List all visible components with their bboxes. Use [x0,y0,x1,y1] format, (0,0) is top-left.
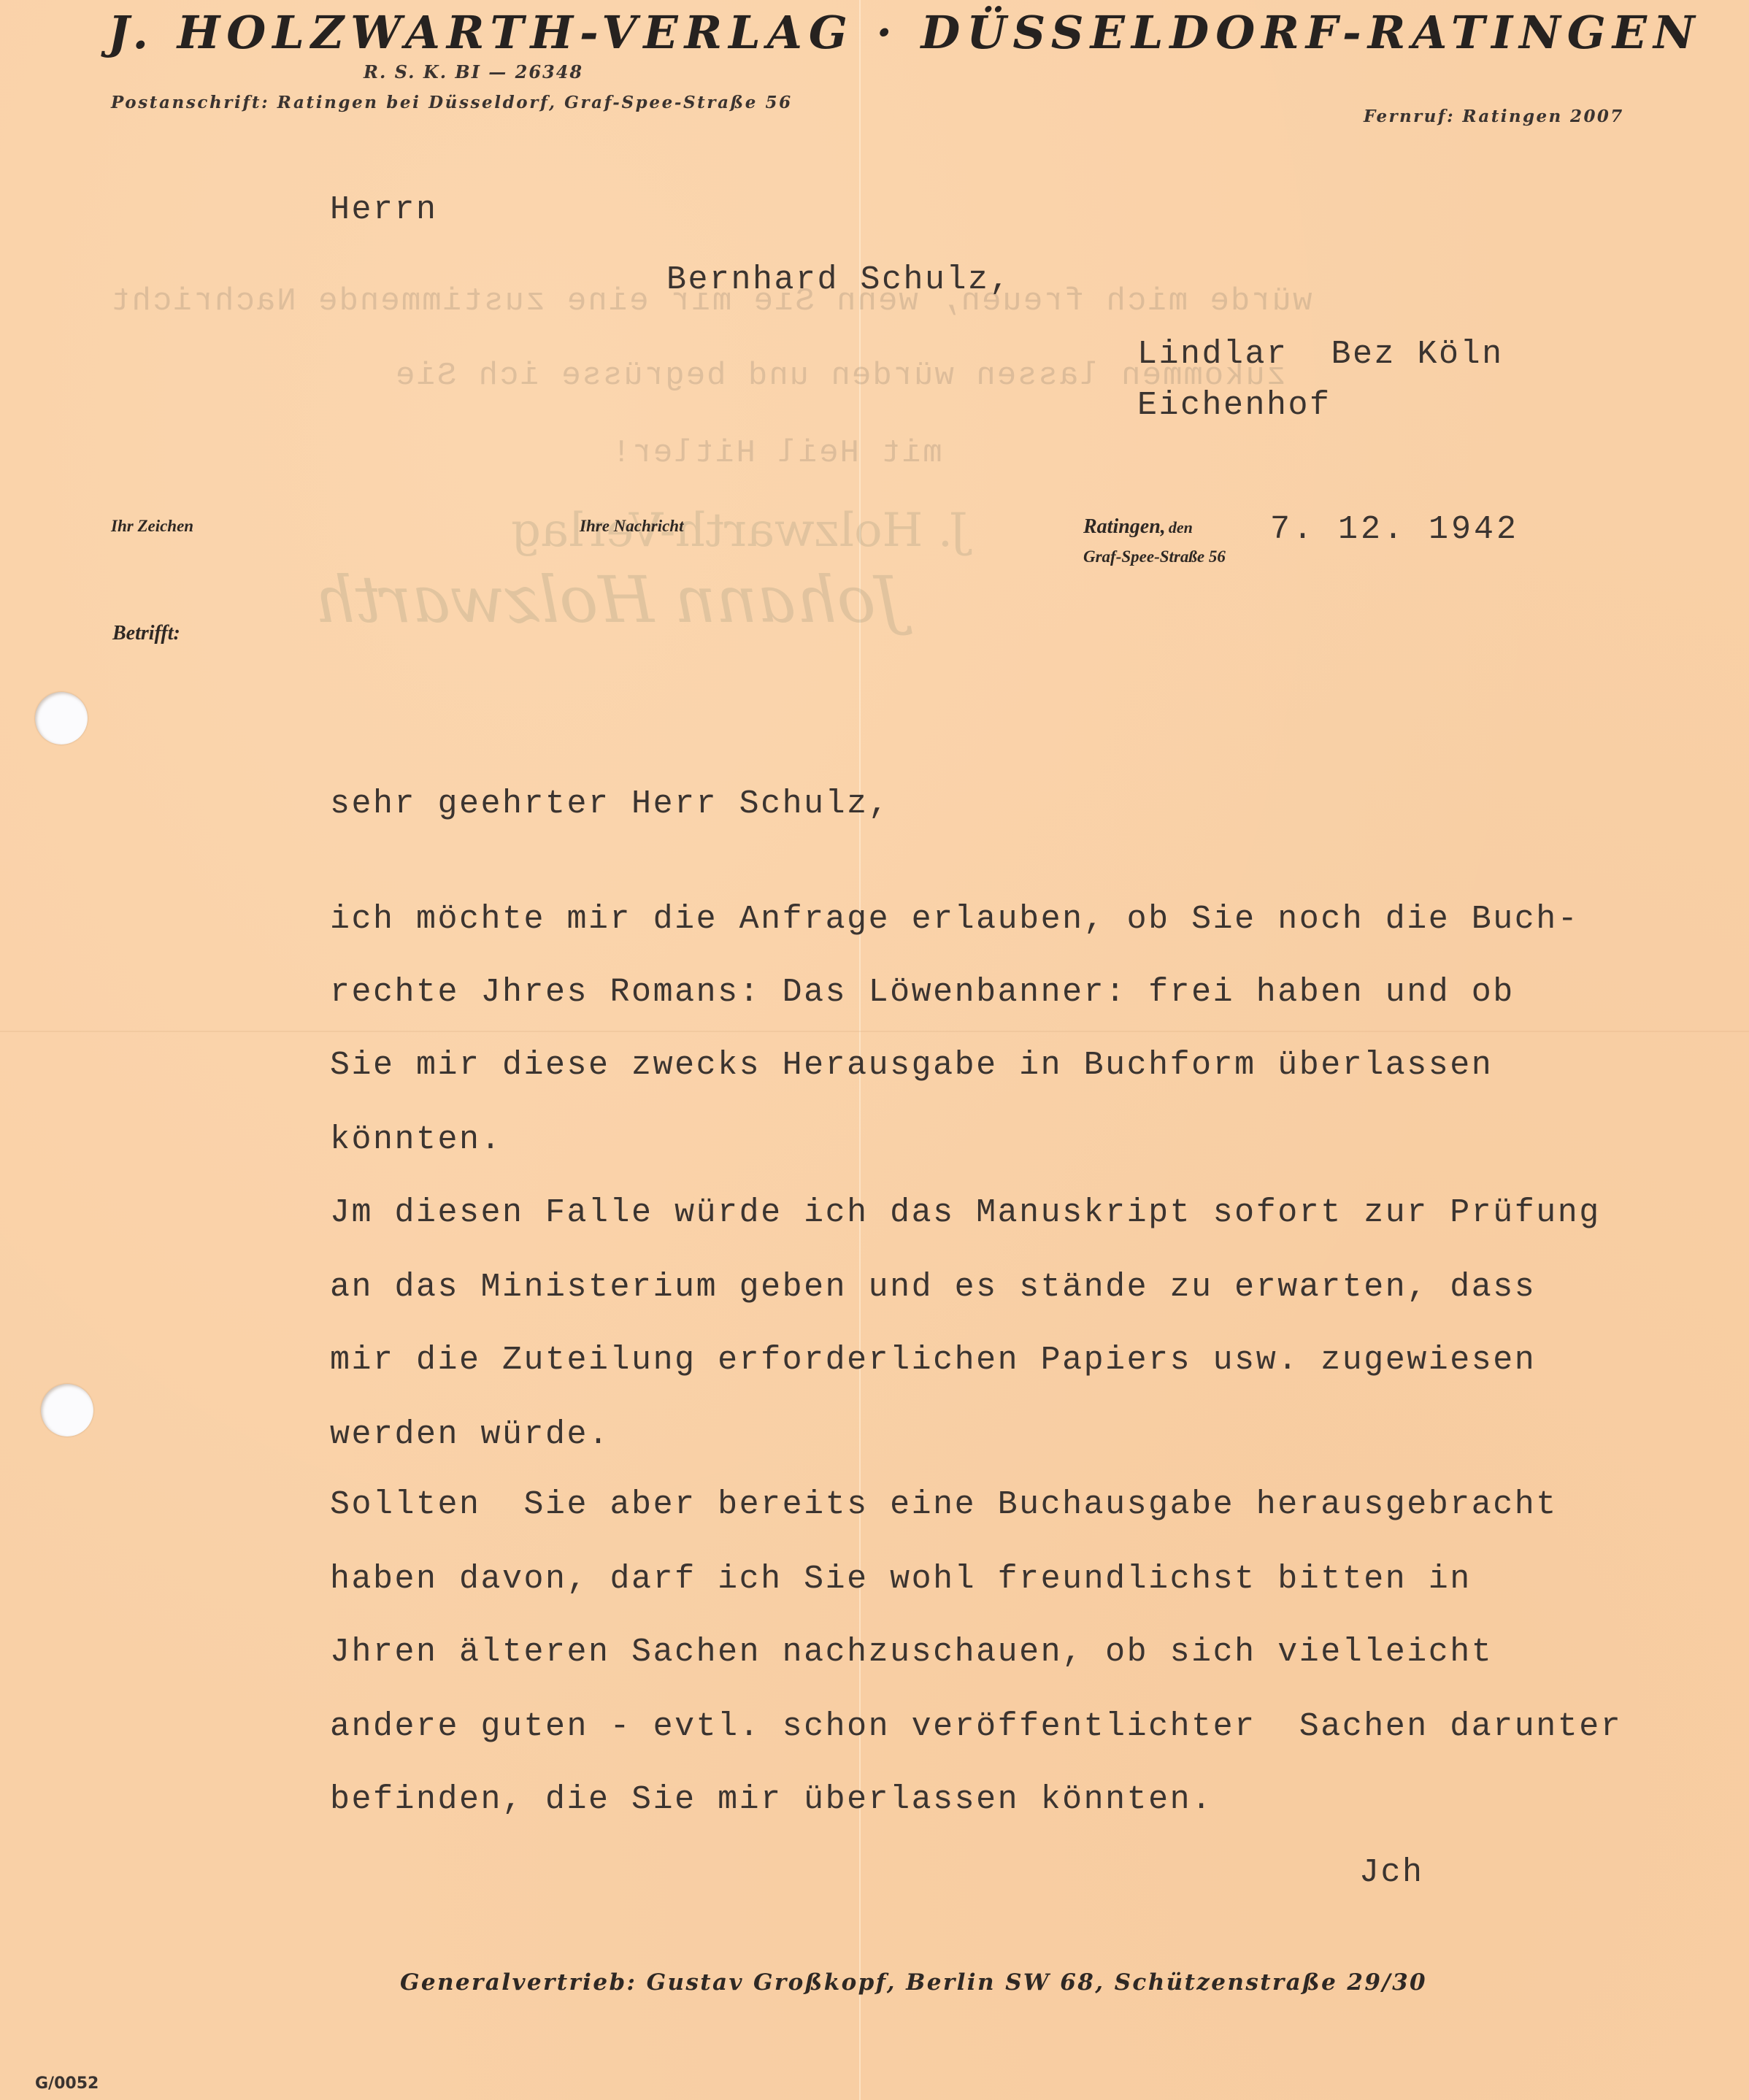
paper-fold-horizontal [0,1031,1749,1032]
letter-line: Sie mir diese zwecks Herausgabe in Buchf… [330,1047,1493,1084]
letterhead-phone: Fernruf: Ratingen 2007 [1364,107,1624,126]
date-prefix-label: den [1169,518,1193,536]
letter-line: werden würde. [330,1416,610,1453]
letter-greeting: sehr geehrter Herr Schulz, [330,785,890,823]
letter-line: andere guten - evtl. schon veröffentlich… [330,1708,1622,1745]
footer-distributor: Generalvertrieb: Gustav Großkopf, Berlin… [400,1969,1427,1996]
show-through-signature: Johann Holzwarth [314,562,902,637]
letter-line: haben davon, darf ich Sie wohl freundlic… [330,1561,1472,1598]
letter-line: Sollten Sie aber bereits eine Buchausgab… [330,1486,1558,1523]
letter-line: Jm diesen Falle würde ich das Manuskript… [330,1194,1601,1231]
letter-line: ich möchte mir die Anfrage erlauben, ob … [330,901,1579,938]
letter-date: 7. 12. 1942 [1270,511,1519,548]
letter-line: befinden, die Sie mir überlassen könnten… [330,1781,1213,1818]
show-through-line: mit Heil Hitler! [610,435,942,472]
your-message-label: Ihre Nachricht [580,517,684,536]
letter-line: an das Ministerium geben und es stände z… [330,1269,1536,1306]
place-label: Ratingen, [1083,515,1166,538]
punch-hole-bottom [41,1384,93,1436]
place-date-label: Ratingen, den [1083,515,1193,539]
letter-line: mir die Zuteilung erforderlichen Papiers… [330,1342,1536,1379]
your-sign-label: Ihr Zeichen [111,517,193,536]
recipient-locality: Eichenhof [1137,387,1331,424]
letter-continuation: Jch [1359,1854,1424,1891]
subject-label: Betrifft: [112,622,180,645]
letter-line: könnten. [330,1121,502,1158]
sender-street-label: Graf-Spee-Straße 56 [1083,547,1226,566]
letter-line: Jhren älteren Sachen nachzuschauen, ob s… [330,1634,1493,1671]
letterhead-registration: R. S. K. BI — 26348 [364,61,583,82]
recipient-city: Lindlar Bez Köln [1137,336,1504,373]
letter-line: rechte Jhres Romans: Das Löwenbanner: fr… [330,974,1515,1011]
letterhead-company: J. HOLZWARTH-VERLAG · DÜSSELDORF-RATINGE… [108,6,1702,59]
recipient-name: Bernhard Schulz, [666,261,1011,299]
archive-id: G/0052 [35,2074,99,2093]
recipient-salutation: Herrn [330,191,438,228]
punch-hole-top [35,692,88,745]
letterhead-postal-address: Postanschrift: Ratingen bei Düsseldorf, … [111,93,793,112]
